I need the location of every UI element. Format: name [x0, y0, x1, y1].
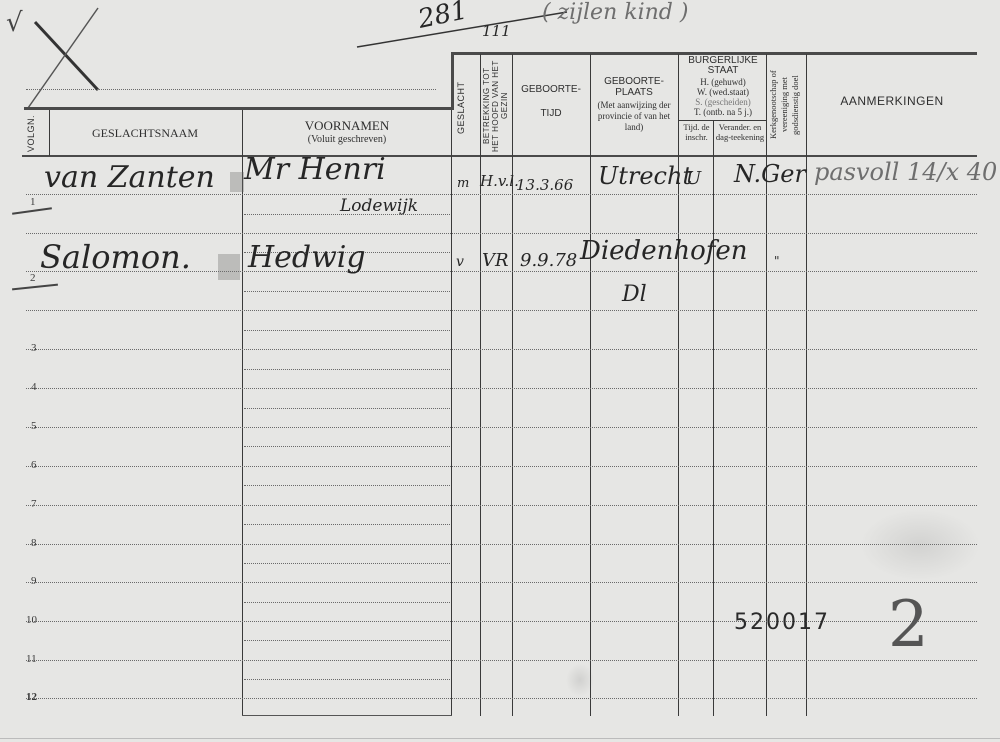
row-number: 8: [31, 537, 37, 549]
half-rule: [244, 408, 450, 409]
row-number: 6: [31, 459, 37, 471]
header-kerkgenootschap: Kerkgenootschap of vereeniging met godsd…: [768, 56, 805, 154]
row-number: 4: [31, 381, 37, 393]
row-number: 2: [30, 272, 36, 284]
entry-2-birthdate: 9.9.78: [520, 250, 577, 271]
rule: [26, 89, 436, 90]
col-divider: [242, 110, 243, 716]
underline-mark: [12, 207, 52, 215]
row-rule: [26, 388, 977, 389]
header-verander: Verander. en dag-teekening: [714, 122, 766, 142]
entry-1-firstnames: Mr Henri: [244, 152, 386, 187]
row-number: 11: [26, 653, 37, 665]
header-geboorteplaats-1: GEBOORTE-: [592, 76, 676, 87]
row-number: 1: [30, 196, 36, 208]
header-aanmerkingen: AANMERKINGEN: [808, 94, 976, 108]
header-bs-h: H. (gehuwd): [680, 77, 766, 87]
half-rule: [244, 640, 450, 641]
col-divider: [590, 54, 591, 716]
col-divider: [480, 54, 481, 716]
row-rule: [26, 427, 977, 428]
corner-mark: 2: [888, 588, 929, 662]
header-geboorteplaats-2: PLAATS: [592, 87, 676, 98]
underline-mark: [12, 284, 58, 291]
col-divider: [512, 54, 513, 716]
row-number: 9: [31, 575, 37, 587]
header-tijd-inschr: Tijd. de inschr.: [680, 122, 713, 142]
row-rule: [26, 349, 977, 350]
row-number: 10: [26, 614, 37, 626]
entry-1-remarks: pasvoll 14/x 40: [814, 158, 997, 186]
header-voornamen-sub: (Voluit geschreven): [252, 134, 442, 145]
entry-1-religion: N.Ger: [734, 160, 806, 188]
half-rule: [244, 485, 450, 486]
entry-1-birthplace: Utrecht: [598, 162, 692, 190]
smudge: [218, 254, 240, 280]
entry-2-sex: v: [456, 254, 464, 270]
underline-stroke: [355, 10, 570, 50]
registration-card: √ 281 111 ( zijlen kind ) VOLGN. GESLACH…: [0, 0, 1000, 742]
header-bottom-rule: [22, 155, 977, 157]
half-rule: [244, 563, 450, 564]
entry-2-surname: Salomon.: [40, 238, 191, 276]
col-divider: [451, 110, 452, 716]
entry-2-birthplace-note: Dl: [622, 282, 647, 307]
pencil-note: ( zijlen kind ): [542, 2, 688, 24]
header-voornamen: VOORNAMEN: [252, 118, 442, 134]
entry-2-firstnames: Hedwig: [248, 240, 366, 275]
header-bs-t: T. (ontb. na 5 j.): [680, 107, 766, 117]
row-rule: [26, 233, 977, 234]
subheader-rule: [679, 120, 766, 121]
header-volgn: VOLGN.: [26, 112, 46, 154]
sub-number: 111: [482, 22, 511, 40]
cross-mark-icon: [20, 4, 110, 114]
row-number: 7: [31, 498, 37, 510]
bottom-rule: [242, 715, 452, 716]
row-rule: [26, 310, 977, 311]
row-rule: [26, 621, 977, 622]
entry-2-religion: ": [774, 254, 780, 268]
row-number: 5: [31, 420, 37, 432]
row-rule: [26, 466, 977, 467]
card-edge: [0, 738, 1000, 739]
entry-1-birthdate: 13.3.66: [516, 176, 573, 194]
row-rule: [26, 660, 977, 661]
entry-1-surname: van Zanten: [44, 160, 215, 195]
header-top-rule: [24, 107, 454, 110]
header-geslachtsnaam: GESLACHTSNAAM: [60, 126, 230, 141]
half-rule: [244, 330, 450, 331]
row-rule: [26, 582, 977, 583]
entry-1-sex: m: [457, 176, 469, 191]
row-number: 3: [31, 342, 37, 354]
header-bs-w: W. (wed.staat): [680, 87, 766, 97]
half-rule: [244, 446, 450, 447]
row-rule: [26, 698, 977, 699]
entry-1-firstnames-2: Lodewijk: [340, 196, 418, 216]
header-burgerlijke-staat-2: STAAT: [680, 66, 766, 76]
row-rule: [26, 505, 977, 506]
entry-1-inschr: U: [686, 168, 701, 189]
half-rule: [244, 602, 450, 603]
half-rule: [244, 679, 450, 680]
header-geboortetijd-1: GEBOORTE-: [514, 84, 588, 95]
half-rule: [244, 524, 450, 525]
half-rule: [244, 369, 450, 370]
entry-1-relation: H.v.l.: [480, 172, 519, 190]
archive-stamp-number: 520017: [734, 610, 830, 635]
row-rule: [26, 544, 977, 545]
row-number: 12: [26, 691, 37, 703]
half-rule: [244, 291, 450, 292]
header-bs-s: S. (gescheiden): [680, 97, 766, 107]
col-divider: [49, 110, 50, 156]
col-divider: [678, 54, 679, 716]
header-geboorteplaats-sub: (Met aanwijzing der provincie of van het…: [594, 100, 674, 133]
entry-2-birthplace: Diedenhofen: [580, 236, 747, 266]
entry-2-relation: VR: [482, 250, 509, 271]
header-betrekking: BETREKKING TOT HET HOOFD VAN HET GEZIN: [482, 58, 510, 154]
header-geslacht: GESLACHT: [456, 64, 476, 152]
col-divider: [713, 120, 714, 716]
smudge: [230, 172, 244, 192]
header-step-rule: [451, 54, 454, 110]
header-geboortetijd-2: TIJD: [514, 108, 588, 119]
